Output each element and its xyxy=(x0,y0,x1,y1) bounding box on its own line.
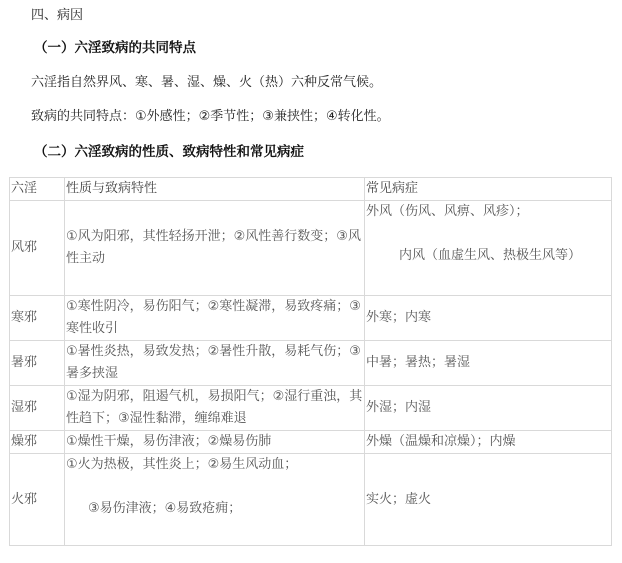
pathogen-traits: ①湿为阴邪，阻遏气机，易损阳气；②湿行重浊，其性趋下；③湿性黏滞，缠绵难退 xyxy=(65,386,365,431)
diseases-line: 外风（伤风、风痹、风疹）； xyxy=(366,201,610,223)
traits-line: ①火为热极，其性炎上；②易生风动血； xyxy=(66,454,363,476)
paragraph-definition: 六淫指自然界风、寒、暑、湿、燥、火（热）六种反常气候。 xyxy=(31,75,382,91)
pathogen-diseases: 外燥（温燥和凉燥）；内燥 xyxy=(365,431,612,454)
subsection-title-common-traits: （一）六淫致病的共同特点 xyxy=(34,40,196,56)
six-pathogens-table: 六淫 性质与致病特性 常见病症 风邪 ①风为阳邪，其性轻扬开泄；②风性善行数变；… xyxy=(9,177,612,546)
pathogen-diseases: 外寒；内寒 xyxy=(365,296,612,341)
table-row: 暑邪 ①暑性炎热，易致发热；②暑性升散，易耗气伤；③暑多挟湿 中暑；暑热；暑湿 xyxy=(10,341,612,386)
header-pathogen: 六淫 xyxy=(10,178,65,201)
spacer xyxy=(66,476,363,498)
pathogen-diseases: 外风（伤风、风痹、风疹）； 内风（血虚生风、热极生风等） xyxy=(365,201,612,296)
table-row: 燥邪 ①燥性干燥，易伤津液；②燥易伤肺 外燥（温燥和凉燥）；内燥 xyxy=(10,431,612,454)
spacer xyxy=(366,223,610,245)
pathogen-traits: ①暑性炎热，易致发热；②暑性升散，易耗气伤；③暑多挟湿 xyxy=(65,341,365,386)
table-row: 风邪 ①风为阳邪，其性轻扬开泄；②风性善行数变；③风性主动 外风（伤风、风痹、风… xyxy=(10,201,612,296)
pathogen-name: 燥邪 xyxy=(10,431,65,454)
pathogen-diseases: 中暑；暑热；暑湿 xyxy=(365,341,612,386)
pathogen-traits: ①火为热极，其性炎上；②易生风动血； ③易伤津液；④易致疮痈； xyxy=(65,454,365,546)
pathogen-name: 暑邪 xyxy=(10,341,65,386)
diseases-line: 内风（血虚生风、热极生风等） xyxy=(366,245,610,267)
table-row: 湿邪 ①湿为阴邪，阻遏气机，易损阳气；②湿行重浊，其性趋下；③湿性黏滞，缠绵难退… xyxy=(10,386,612,431)
table-row: 寒邪 ①寒性阴冷，易伤阳气；②寒性凝滞，易致疼痛；③寒性收引 外寒；内寒 xyxy=(10,296,612,341)
pathogen-diseases: 实火；虚火 xyxy=(365,454,612,546)
table-header-row: 六淫 性质与致病特性 常见病症 xyxy=(10,178,612,201)
pathogen-name: 湿邪 xyxy=(10,386,65,431)
subsection-title-properties: （二）六淫致病的性质、致病特性和常见病症 xyxy=(34,144,304,160)
table-row: 火邪 ①火为热极，其性炎上；②易生风动血； ③易伤津液；④易致疮痈； 实火；虚火 xyxy=(10,454,612,546)
pathogen-name: 风邪 xyxy=(10,201,65,296)
traits-line: ③易伤津液；④易致疮痈； xyxy=(66,498,363,520)
section-heading: 四、病因 xyxy=(31,8,83,24)
pathogen-traits: ①寒性阴冷，易伤阳气；②寒性凝滞，易致疼痛；③寒性收引 xyxy=(65,296,365,341)
header-traits: 性质与致病特性 xyxy=(65,178,365,201)
paragraph-common-traits: 致病的共同特点：①外感性；②季节性；③兼挟性；④转化性。 xyxy=(31,109,390,125)
pathogen-traits: ①风为阳邪，其性轻扬开泄；②风性善行数变；③风性主动 xyxy=(65,201,365,296)
pathogen-name: 火邪 xyxy=(10,454,65,546)
pathogen-traits: ①燥性干燥，易伤津液；②燥易伤肺 xyxy=(65,431,365,454)
pathogen-name: 寒邪 xyxy=(10,296,65,341)
pathogen-diseases: 外湿；内湿 xyxy=(365,386,612,431)
header-diseases: 常见病症 xyxy=(365,178,612,201)
